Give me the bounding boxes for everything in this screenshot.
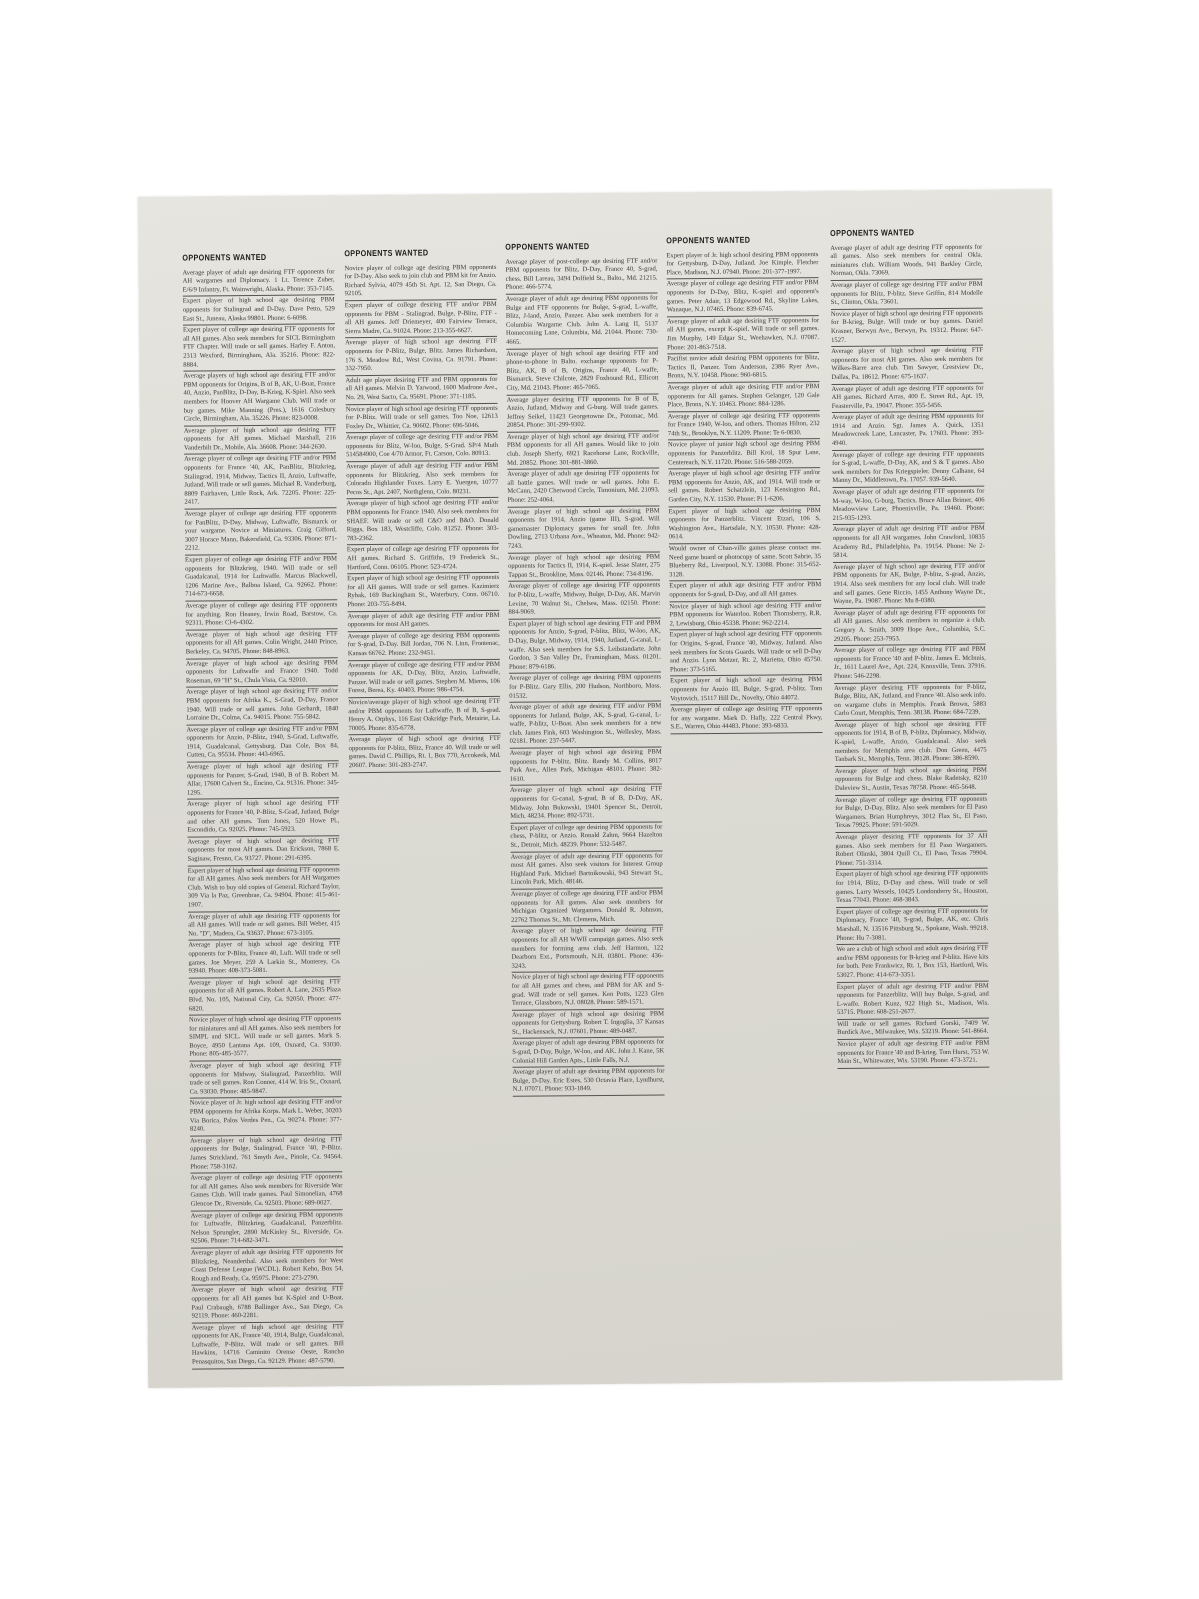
classified-ad: Average player of adult age desiring FTF… xyxy=(833,608,985,646)
classified-ad: Average player of college age desiring F… xyxy=(190,1173,342,1211)
classified-ad: Average player of college age desiring F… xyxy=(186,725,338,763)
classified-ad: Average player of high school age desiri… xyxy=(831,347,983,385)
column-heading: OPPONENTS WANTED xyxy=(505,242,634,252)
classified-ad: Expert player of high school age desirin… xyxy=(670,676,822,705)
classified-ad: Average player of high school age desiri… xyxy=(184,426,336,455)
classified-ad: Average player of high school age desiri… xyxy=(186,659,338,688)
classified-ad: Average player of adult age desiring FTF… xyxy=(831,384,983,413)
classified-ad: Expert player of high school age desirin… xyxy=(347,574,499,612)
classified-ad: Adult age player desiring FTF and PBM op… xyxy=(345,376,497,405)
classified-ad: Average player of college age desiring P… xyxy=(509,674,661,703)
classified-ad: Average player of high school age desiri… xyxy=(668,469,820,507)
ads-list: Average player of adult age desiring FTF… xyxy=(830,243,989,1069)
classified-ad: Average player of college age desiring F… xyxy=(185,509,337,555)
classified-ad: Average player of college age desiring F… xyxy=(670,705,822,734)
classified-ad: Average player of adult age desiring PBM… xyxy=(512,1068,664,1097)
classified-ad: Average player desiring FTF opponents fo… xyxy=(835,833,987,871)
ads-list: Average player of adult age desiring FTF… xyxy=(182,268,344,1369)
ads-list: Average player of post-college age desir… xyxy=(505,257,664,1097)
classified-ad: Expert player of college age desiring FT… xyxy=(347,545,499,574)
classified-ad: Average player of high school age desiri… xyxy=(189,1061,341,1099)
classified-ad: Expert player of college age desiring FT… xyxy=(183,325,335,371)
classified-ad: Pacifist novice adult desiring PBM oppon… xyxy=(667,354,819,383)
classified-ad: Would owner of Chan-ville games please c… xyxy=(669,544,821,582)
classified-ad: Expert player of high school age desirin… xyxy=(836,870,988,908)
classified-ad: Average player of adult age desiring FTF… xyxy=(182,268,334,297)
classified-ad: Average player of high school age desiri… xyxy=(187,800,339,838)
classified-ad: Novice player of high school age desirin… xyxy=(512,973,664,1011)
classified-ad: Average player of adult age desiring FTF… xyxy=(347,611,499,632)
classified-ad: Average player of high school age desiri… xyxy=(507,432,659,470)
classified-ad: Will trade or sell games. Richard Gorski… xyxy=(837,1019,989,1040)
classified-ad: Average player of adult age desiring FTF… xyxy=(346,462,498,500)
classified-ad: Average player of adult age desiring PBM… xyxy=(832,413,984,451)
classified-ad: Average player of college age desiring F… xyxy=(668,412,820,441)
classified-ad: Average player of adult age desiring FTF… xyxy=(833,525,985,563)
classified-ad: Average player of adult age desiring FTF… xyxy=(667,383,819,412)
classified-ad: Average player of high school age desiri… xyxy=(511,927,663,973)
classified-ad: Average player of college age desiring F… xyxy=(348,660,500,698)
classified-ad: Average player of high school age desiri… xyxy=(835,766,987,795)
classified-ad: Average player of high school age desiri… xyxy=(833,562,985,608)
classified-ad: Average player of adult age desiring FTF… xyxy=(667,317,819,355)
classified-ad: Average player of high school age desiri… xyxy=(186,630,338,659)
classified-ad: Expert player of high school age desirin… xyxy=(669,507,821,545)
ads-column-1: OPPONENTS WANTED Average player of adult… xyxy=(182,252,344,1388)
classified-ad: Average player of high school age desiri… xyxy=(187,762,339,800)
ads-column-3: OPPONENTS WANTED Average player of post-… xyxy=(505,241,667,1377)
classified-ad: Average player of college age desiring F… xyxy=(831,281,983,310)
ads-column-2: OPPONENTS WANTED Novice player of colleg… xyxy=(344,248,506,1384)
classified-ad: Novice player of college age desiring PB… xyxy=(344,263,496,301)
classified-ad: Average player of high school age desiri… xyxy=(508,507,660,553)
classified-ad: Average player of high school age desiri… xyxy=(510,749,662,787)
ads-list: Expert player of Jr. high school desirin… xyxy=(666,251,822,735)
classified-ad: Average player of high school age desiri… xyxy=(834,721,986,767)
classified-ad: Expert player of college age desiring FT… xyxy=(185,555,337,601)
classified-ad: Average player of high school age desiri… xyxy=(188,941,340,979)
classified-ad: Expert player of college age desiring FT… xyxy=(836,907,988,945)
classified-ad: Expert player of adult age desiring FTF … xyxy=(837,982,989,1020)
classified-ad: Average player of post-college age desir… xyxy=(505,257,657,295)
classified-ad: Average player of high school age desiri… xyxy=(186,688,338,726)
classified-ad: Expert player of adult age desiring FTF … xyxy=(669,581,821,602)
classified-ad: Average player of college age desiring F… xyxy=(667,279,819,317)
classified-ad: Average player of adult age desiring FTF… xyxy=(830,243,982,281)
classified-ad: Average player of adult age desiring FTF… xyxy=(511,852,663,890)
ads-column-5: OPPONENTS WANTED Average player of adult… xyxy=(830,228,992,1364)
classified-ad: Average player of college age desiring F… xyxy=(184,455,336,510)
classified-ad: Expert player of high school age desirin… xyxy=(670,630,822,676)
classified-ad: Average player of high school age desiri… xyxy=(187,837,339,866)
classified-ad: Average player desiring FTF opponents fo… xyxy=(507,395,659,433)
classified-ad: Average player of high school age desiri… xyxy=(506,349,658,395)
classified-ad: Novice player of high school age desirin… xyxy=(669,602,821,631)
ads-list: Novice player of college age desiring PB… xyxy=(344,263,500,772)
classified-ad: Average player of adult age desiring PBM… xyxy=(512,1039,664,1068)
classified-ad: Average player of adult age desiring FTF… xyxy=(507,470,659,508)
classified-ad: Average player of adult age desiring FTF… xyxy=(509,703,661,749)
classified-ad: Average player of high school age desiri… xyxy=(349,735,501,773)
classified-ad: Average player of college age desiring F… xyxy=(832,450,984,488)
classified-ad: Novice player of high school age desirin… xyxy=(189,1015,341,1061)
classified-ad: Average player of college age desiring F… xyxy=(185,601,337,630)
classified-ad: Novice player of high school age desirin… xyxy=(831,309,983,347)
column-heading: OPPONENTS WANTED xyxy=(182,252,311,262)
classified-ad: Average player of adult age desiring FTF… xyxy=(188,912,340,941)
classified-ad: We are a club of high school and adult a… xyxy=(836,945,988,983)
classified-ad: Expert player of college age desiring PB… xyxy=(510,823,662,852)
classified-ad: Average player of high school age desiri… xyxy=(190,1136,342,1174)
magazine-page: OPPONENTS WANTED Average player of adult… xyxy=(138,189,1062,1388)
column-heading: OPPONENTS WANTED xyxy=(830,228,959,238)
classified-ad: Average player of high school age desiri… xyxy=(346,499,498,545)
classified-ad: Average player of college age desiring P… xyxy=(191,1211,343,1249)
classified-ad: Novice player of adult age desiring FTF … xyxy=(837,1040,989,1069)
classified-ad: Expert player of college desiring FTF an… xyxy=(345,301,497,339)
classified-ad: Average player of college age desiring F… xyxy=(508,582,660,620)
classified-ad: Average player of high school age desiri… xyxy=(192,1323,344,1369)
classified-ad: Average player of college age desiring P… xyxy=(348,632,500,661)
classified-ad: Average player of high school age desiri… xyxy=(189,978,341,1016)
classified-ad: Expert player of high school age desirin… xyxy=(183,297,335,326)
classified-ad: Novice player of Jr. high school age des… xyxy=(190,1099,342,1137)
classified-ad: Average player of college age desiring F… xyxy=(346,433,498,462)
classified-ad: Average player of adult age desiring FTF… xyxy=(832,488,984,526)
classified-ad: Average player of adult age desiring PBM… xyxy=(506,294,658,349)
classified-ad: Average player of high school age desiri… xyxy=(512,1010,664,1039)
classified-ad: Average player of high school age desiri… xyxy=(191,1286,343,1324)
classified-ad: Novice player of high school age desirin… xyxy=(346,404,498,433)
classified-ad: Expert player of high school age desirin… xyxy=(188,866,340,912)
classified-ad: Average player of adult age desiring FTF… xyxy=(191,1248,343,1286)
classified-ad: Average players of high school age desir… xyxy=(183,371,335,426)
classified-ad: Average player of high school age desiri… xyxy=(345,338,497,376)
classified-ad: Average player of high school age desiri… xyxy=(508,553,660,582)
classified-ad: Novice/average player of high school age… xyxy=(348,698,500,736)
classified-ad: Average player of college age desiring F… xyxy=(835,795,987,833)
classified-ad: Average player of high school age desiri… xyxy=(510,786,662,824)
classified-ad: Average player of college age desiring F… xyxy=(511,889,663,927)
classified-ad: Average player desiring FTF opponents fo… xyxy=(834,683,986,721)
column-heading: OPPONENTS WANTED xyxy=(344,248,473,258)
classified-ad: Average player of college age desiring F… xyxy=(834,646,986,684)
classified-ad: Expert player of high school age desirin… xyxy=(509,619,661,674)
classified-ad: Novice player of junior high school age … xyxy=(668,441,820,470)
classified-ad: Expert player of Jr. high school desirin… xyxy=(666,251,818,280)
column-heading: OPPONENTS WANTED xyxy=(666,235,795,245)
ads-column-4: OPPONENTS WANTED Expert player of Jr. hi… xyxy=(666,235,828,1371)
